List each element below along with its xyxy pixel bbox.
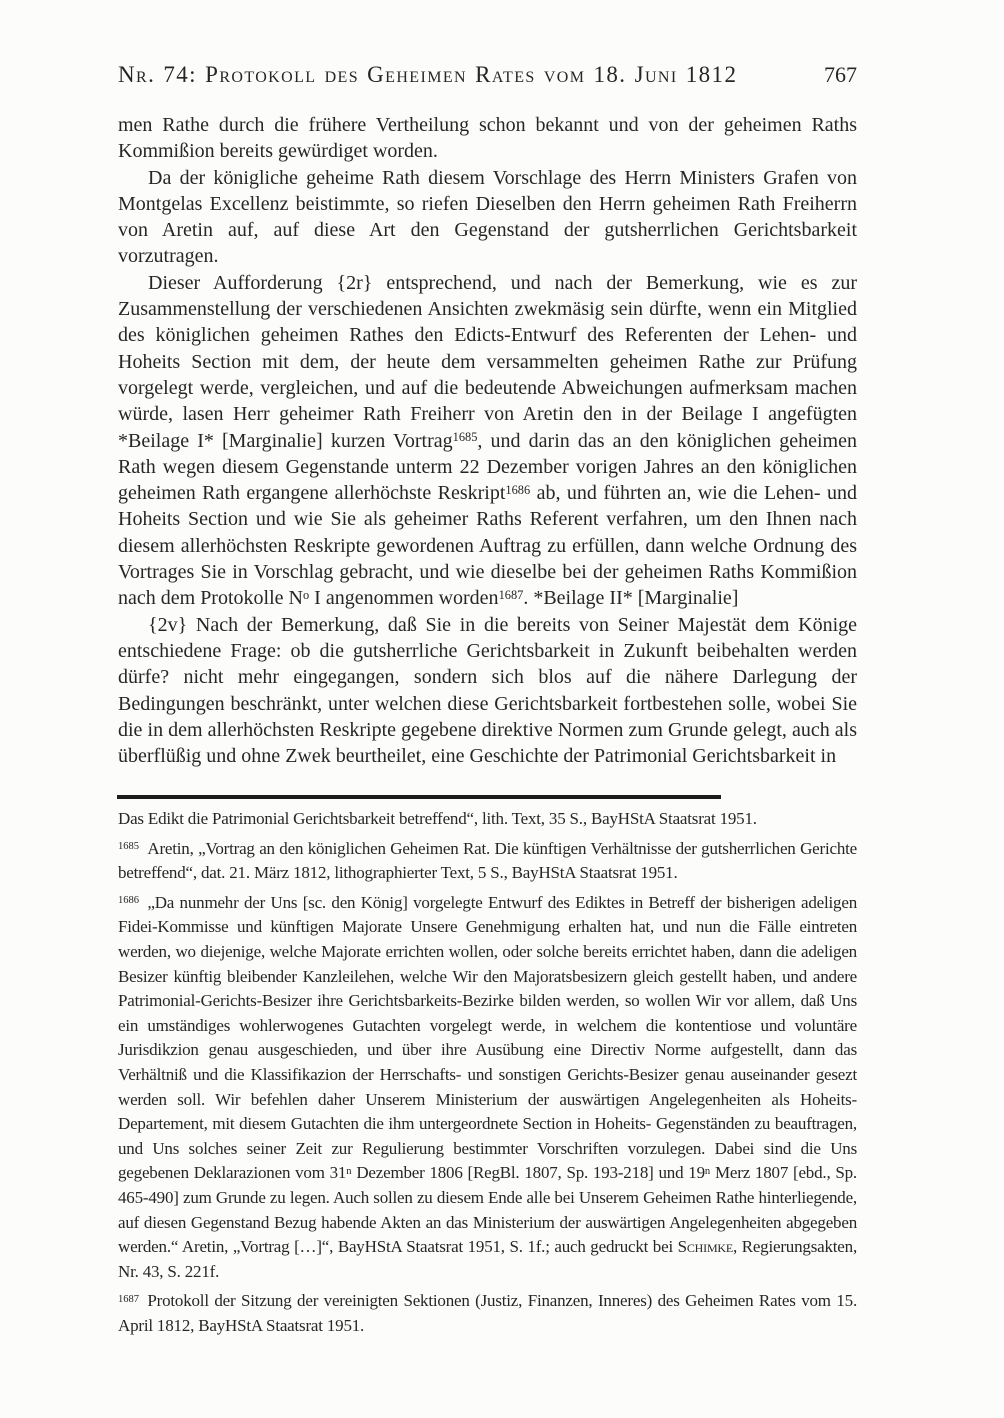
body-paragraph-continuation: men Rathe durch die frühere Vertheilung …: [118, 112, 857, 165]
superscript-number: 1686: [118, 895, 139, 906]
body-paragraph-3: Dieser Aufforderung {2r} entsprechend, u…: [118, 270, 857, 612]
superscript-number: 1685: [453, 430, 478, 444]
book-page: Nr. 74: Protokoll des Geheimen Rates vom…: [0, 0, 1004, 1418]
footnote-continuation: Das Edikt die Patrimonial Gerichtsbarkei…: [118, 807, 857, 832]
page-number: 767: [824, 62, 857, 88]
body-paragraph-4: {2v} Nach der Bemerkung, daß Sie in die …: [118, 612, 857, 770]
footnotes-section: Das Edikt die Patrimonial Gerichtsbarkei…: [118, 807, 857, 1343]
body-paragraph-2: Da der königliche geheime Rath diesem Vo…: [118, 165, 857, 270]
superscript-number: o: [303, 588, 309, 602]
superscript-number: 1687: [118, 1294, 139, 1305]
page-header: Nr. 74: Protokoll des Geheimen Rates vom…: [118, 62, 857, 88]
small-caps-name: Schimke: [678, 1237, 733, 1256]
footnote-1685: 1685 Aretin, „Vortrag an den königlichen…: [118, 837, 857, 886]
superscript-number: 1686: [505, 483, 530, 497]
running-head-title: Nr. 74: Protokoll des Geheimen Rates vom…: [118, 62, 737, 88]
superscript-number: n: [346, 1166, 351, 1177]
superscript-number: 1685: [118, 841, 139, 852]
footnote-separator-rule: [117, 795, 721, 799]
superscript-number: n: [705, 1166, 710, 1177]
body-text-block: men Rathe durch die frühere Vertheilung …: [118, 112, 857, 769]
superscript-number: 1687: [499, 588, 524, 602]
footnote-1686: 1686 „Da nunmehr der Uns [sc. den König]…: [118, 891, 857, 1285]
footnote-1687: 1687 Protokoll der Sitzung der vereinigt…: [118, 1289, 857, 1338]
